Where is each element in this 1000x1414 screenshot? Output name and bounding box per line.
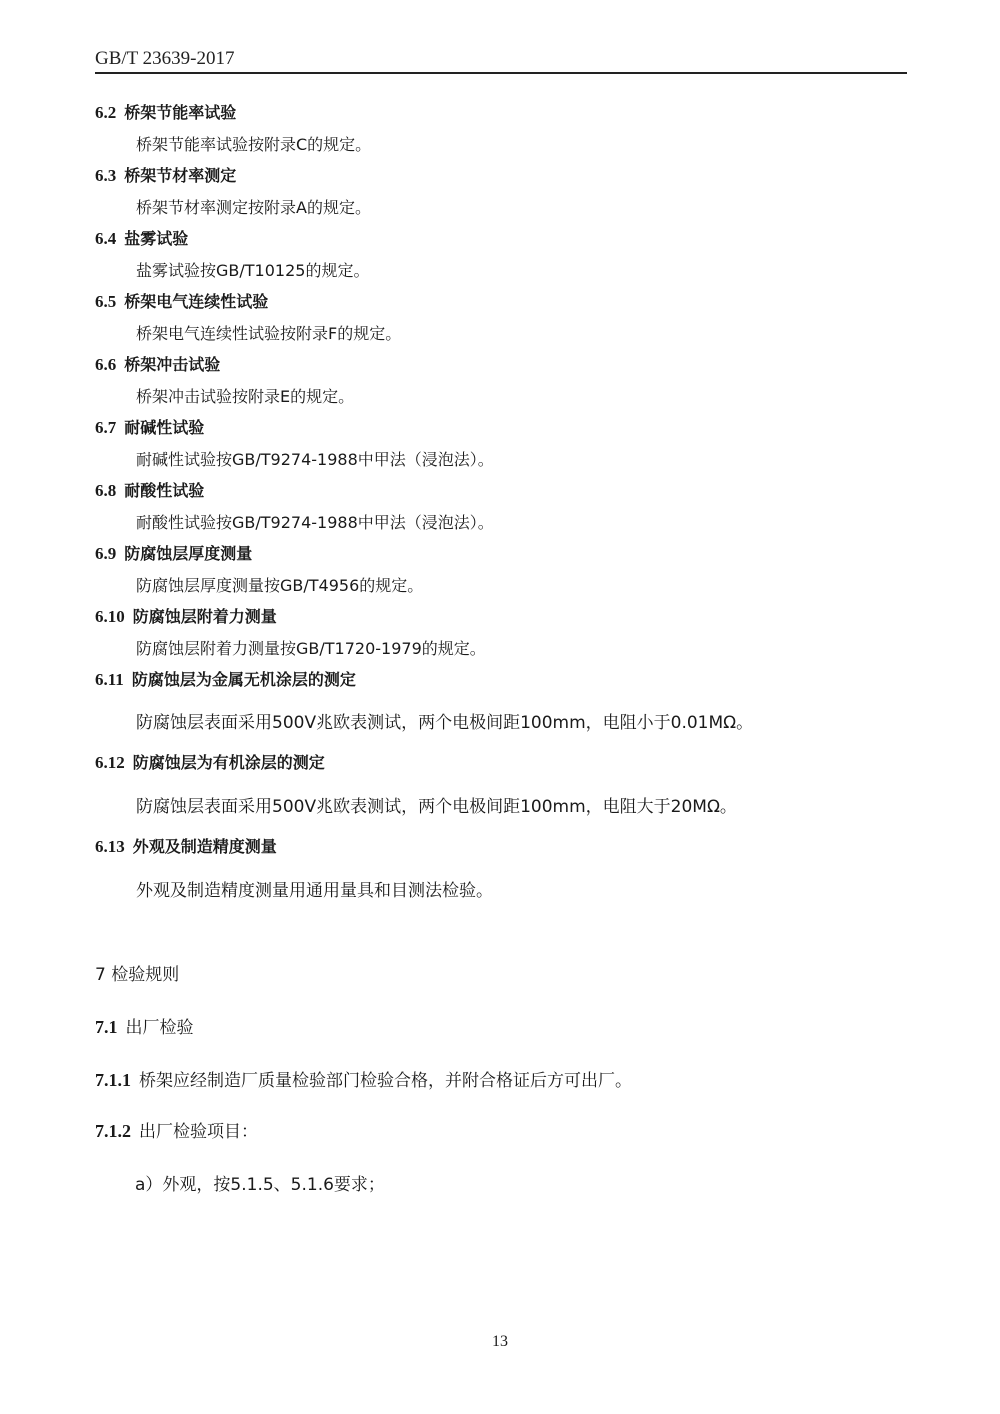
section-body: 防腐蚀层表面采用500V兆欧表测试，两个电极间距100mm，电阻大于20MΩ。 [136,792,737,817]
section-body: 防腐蚀层厚度测量按GB/T4956的规定。 [136,573,423,596]
subsection-heading: 7.1出厂检验 [95,1013,194,1038]
standard-code: GB/T 23639-2017 [95,48,235,70]
section-body: 桥架节能率试验按附录C的规定。 [136,132,371,155]
section-heading: 6.12防腐蚀层为有机涂层的测定 [95,750,325,773]
section-heading: 6.2桥架节能率试验 [95,100,236,123]
section-heading: 6.6桥架冲击试验 [95,352,220,375]
section-body: 耐酸性试验按GB/T9274-1988中甲法（浸泡法）。 [136,510,494,533]
section-body: 防腐蚀层表面采用500V兆欧表测试，两个电极间距100mm，电阻小于0.01MΩ… [136,708,753,733]
section-body: 耐碱性试验按GB/T9274-1988中甲法（浸泡法）。 [136,447,494,470]
section-heading: 6.9防腐蚀层厚度测量 [95,541,252,564]
section-heading: 6.5桥架电气连续性试验 [95,289,268,312]
chapter-heading: 7 检验规则 [95,960,179,985]
section-body: 外观及制造精度测量用通用量具和目测法检验。 [136,876,493,901]
section-body: 防腐蚀层附着力测量按GB/T1720-1979的规定。 [136,636,486,659]
clause-7-1-2: 7.1.2出厂检验项目： [95,1117,258,1142]
section-heading: 6.10防腐蚀层附着力测量 [95,604,277,627]
section-body: 盐雾试验按GB/T10125的规定。 [136,258,369,281]
section-heading: 6.7耐碱性试验 [95,415,204,438]
section-heading: 6.8耐酸性试验 [95,478,204,501]
page-number: 13 [0,1333,1000,1351]
section-body: 桥架电气连续性试验按附录F的规定。 [136,321,401,344]
section-heading: 6.4盐雾试验 [95,226,188,249]
list-item: a）外观，按5.1.5、5.1.6要求； [135,1170,385,1195]
section-body: 桥架节材率测定按附录A的规定。 [136,195,371,218]
clause-7-1-1: 7.1.1桥架应经制造厂质量检验部门检验合格，并附合格证后方可出厂。 [95,1066,632,1091]
section-heading: 6.13外观及制造精度测量 [95,834,277,857]
section-heading: 6.3桥架节材率测定 [95,163,236,186]
section-heading: 6.11防腐蚀层为金属无机涂层的测定 [95,667,356,690]
header-divider [95,72,907,74]
section-body: 桥架冲击试验按附录E的规定。 [136,384,354,407]
